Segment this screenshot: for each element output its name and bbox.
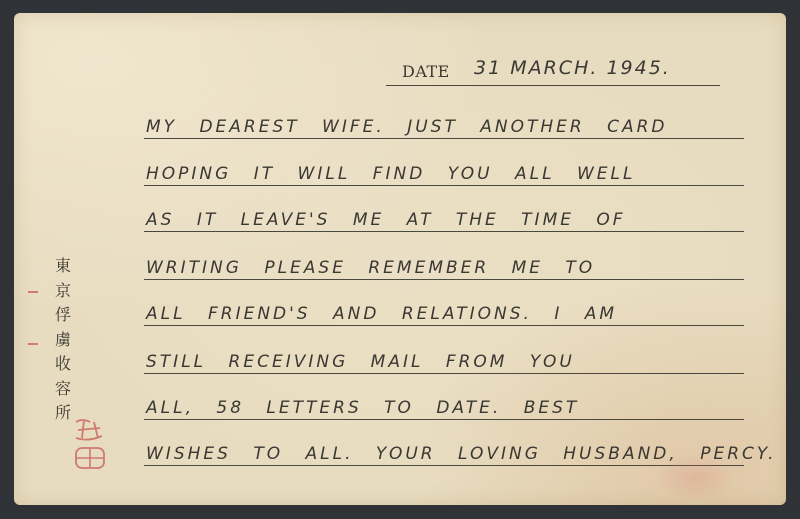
message-line: AS IT LEAVE'S ME AT THE TIME OF xyxy=(144,201,744,232)
message-text: STILL RECEIVING MAIL FROM YOU xyxy=(146,352,575,372)
stamp-char: 虜 xyxy=(53,328,73,353)
postcard: DATE 31 MARCH. 1945. MY DEAREST WIFE. JU… xyxy=(14,13,786,505)
date-label: DATE xyxy=(402,62,450,81)
red-stain xyxy=(654,453,734,503)
stamp-char: 東 xyxy=(53,254,73,279)
message-line: WRITING PLEASE REMEMBER ME TO xyxy=(144,249,744,280)
message-line: MY DEAREST WIFE. JUST ANOTHER CARD xyxy=(144,108,744,139)
message-line: STILL RECEIVING MAIL FROM YOU xyxy=(144,343,744,374)
margin-mark xyxy=(28,291,38,293)
stamp-char: 收 xyxy=(53,352,73,377)
stamp-char: 京 xyxy=(53,279,73,304)
camp-stamp-vertical: 東 京 俘 虜 收 容 所 xyxy=(53,254,73,426)
message-line: ALL, 58 LETTERS TO DATE. BEST xyxy=(144,389,744,420)
red-censor-seal-icon xyxy=(70,416,110,474)
message-line: ALL FRIEND'S AND RELATIONS. I AM xyxy=(144,295,744,326)
stamp-char: 容 xyxy=(53,377,73,402)
message-text: HOPING IT WILL FIND YOU ALL WELL xyxy=(146,164,635,184)
message-text: MY DEAREST WIFE. JUST ANOTHER CARD xyxy=(146,117,668,137)
message-text: ALL FRIEND'S AND RELATIONS. I AM xyxy=(146,304,617,324)
date-row: DATE 31 MARCH. 1945. xyxy=(386,55,720,86)
margin-mark xyxy=(28,343,38,345)
message-line: WISHES TO ALL. YOUR LOVING HUSBAND, PERC… xyxy=(144,435,744,466)
stamp-char: 俘 xyxy=(53,303,73,328)
date-value: 31 MARCH. 1945. xyxy=(474,57,671,79)
message-text: WRITING PLEASE REMEMBER ME TO xyxy=(146,258,595,278)
message-text: AS IT LEAVE'S ME AT THE TIME OF xyxy=(146,210,626,230)
message-line: HOPING IT WILL FIND YOU ALL WELL xyxy=(144,155,744,186)
message-text: ALL, 58 LETTERS TO DATE. BEST xyxy=(146,398,579,418)
